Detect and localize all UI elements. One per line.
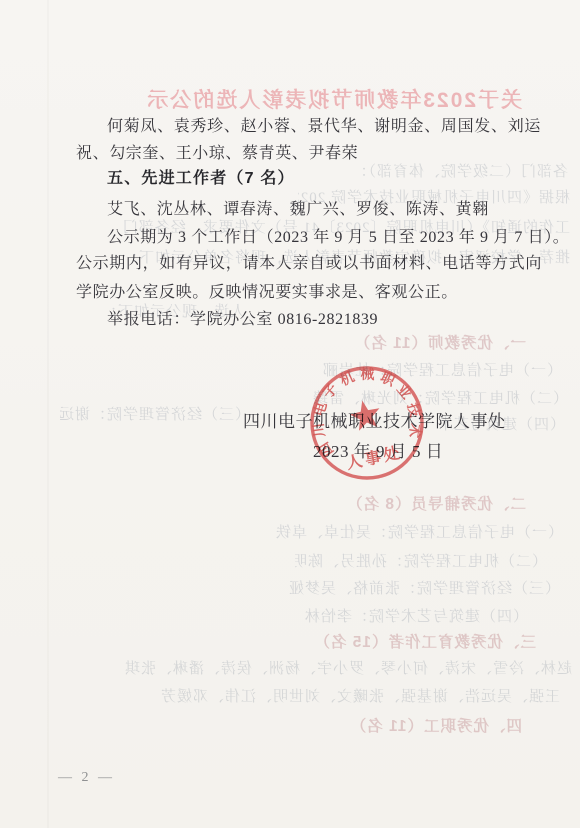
bleed-line: 王强、吴远浩、谢基强、张曦文、刘世明、江伟、邓媛芳 xyxy=(90,685,560,706)
body-line-objection-2: 学院办公室反映。反映情况要实事求是、客观公正。 xyxy=(76,282,458,304)
bleed-line: 一、优秀教师（11 名） xyxy=(330,331,526,353)
bleed-line: 四、优秀职工（11 名） xyxy=(330,714,522,736)
bleed-line: 赵林、冷雪、宋涛、何小琴、罗小宇、杨洲、侯涛、潘琳、张琪 xyxy=(60,657,572,678)
body-line-names-1: 何菊凤、袁秀珍、赵小蓉、景代华、谢明金、周国发、刘运 xyxy=(107,116,541,138)
page-number: — 2 — xyxy=(58,770,115,786)
red-star-icon xyxy=(347,397,383,432)
body-line-names-2: 祝、勾宗奎、王小琼、蔡青英、尹春荣 xyxy=(76,143,358,165)
bleed-line: 二、优秀辅导员（8 名） xyxy=(330,492,526,514)
official-seal: 四川电子机械职业技术学院 人事处 xyxy=(295,351,440,496)
paper-fold-line xyxy=(47,0,49,828)
body-line-publicity-period: 公示期为 3 个工作日（2023 年 9 月 5 日至 2023 年 9 月 7… xyxy=(107,227,569,249)
body-line-report-phone: 举报电话：学院办公室 0816-2821839 xyxy=(107,309,378,331)
bleed-line: （四）建筑与艺术学院：李怡林 xyxy=(300,605,528,626)
bleed-line: （一）电子信息工程学院：吴仕卓、卓铁军 xyxy=(275,521,563,542)
scanned-document-page: 关于2023年教师节拟表彰人选的公示 各部门（二级学院、体育部）： 根据《四川电… xyxy=(0,0,580,828)
bleed-line: （三）经济管理学院：张前格、吴梦娅 xyxy=(255,577,560,598)
bleed-line: （二）机电工程学院：孙胜另、陈明香 xyxy=(295,550,547,571)
bleed-line: 三、优秀教育工作者（15 名） xyxy=(318,630,536,652)
section-heading-advanced-workers: 五、先进工作者（7 名） xyxy=(107,168,295,190)
body-line-objection-1: 公示期内，如有异议，请本人亲自或以书面材料、电话等方式向 xyxy=(76,253,542,275)
bleed-through-title: 关于2023年教师节拟表彰人选的公示 xyxy=(82,84,522,114)
bleed-line: （三）经济管理学院：谢远芳 xyxy=(60,403,250,424)
body-line-names-3: 艾飞、沈丛林、谭春涛、魏广兴、罗俊、陈涛、黄翱 xyxy=(107,199,489,221)
bleed-line: 各部门（二级学院、体育部）： xyxy=(360,160,568,181)
